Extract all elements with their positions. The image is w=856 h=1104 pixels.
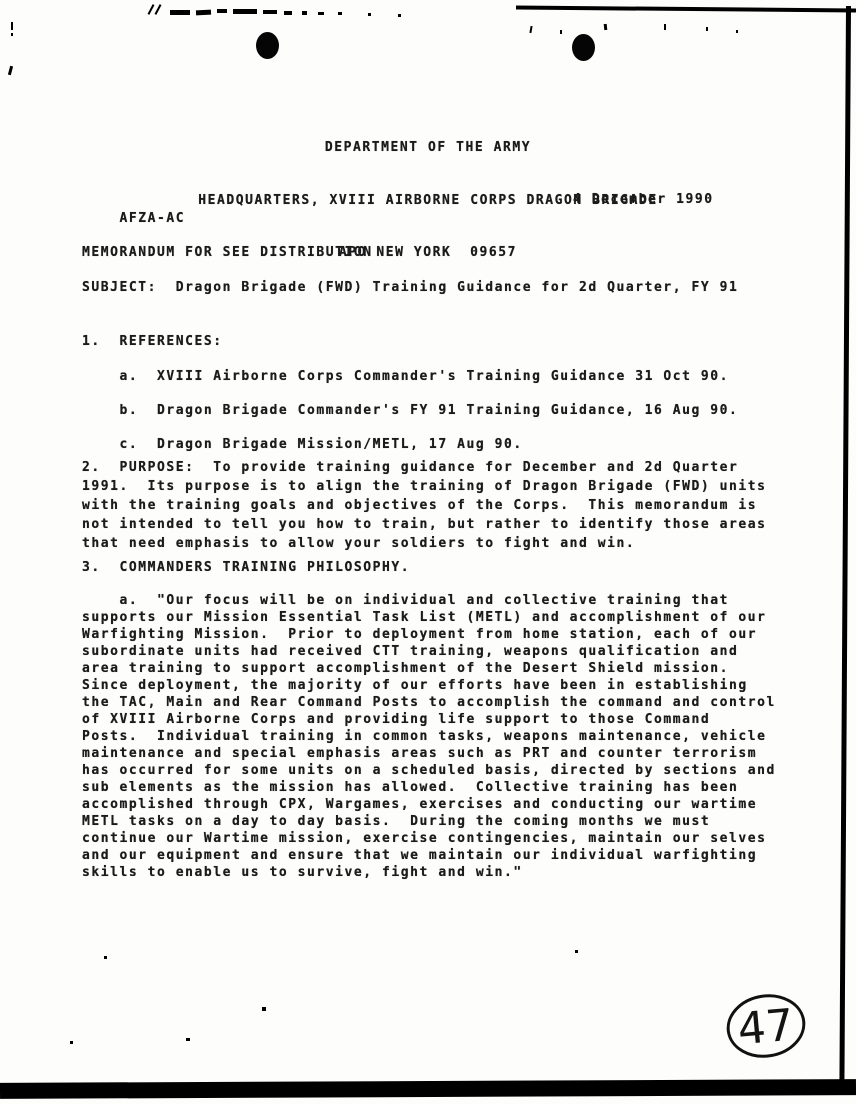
page-number-circle: 47 bbox=[712, 982, 822, 1072]
reference-item-a: a. XVIII Airborne Corps Commander's Trai… bbox=[82, 367, 802, 386]
hole-punch-right-icon bbox=[572, 34, 595, 61]
scan-smudge-mark bbox=[196, 10, 211, 16]
scan-smudge-mark bbox=[155, 4, 162, 15]
scan-smudge-mark bbox=[318, 12, 324, 15]
scan-smudge-mark bbox=[338, 12, 342, 15]
scan-smudge-mark bbox=[170, 10, 190, 15]
hole-punch-left-icon bbox=[256, 32, 279, 59]
scan-edge-line-bottom bbox=[0, 1079, 856, 1099]
scan-speck bbox=[575, 950, 578, 953]
letterhead-department-line: DEPARTMENT OF THE ARMY bbox=[0, 139, 856, 157]
reference-item-b: b. Dragon Brigade Commander's FY 91 Trai… bbox=[82, 401, 802, 420]
scan-edge-speck bbox=[11, 22, 13, 30]
memo-date: 4 December 1990 bbox=[573, 190, 714, 209]
scan-tick-mark bbox=[664, 24, 666, 30]
office-symbol: AFZA-AC bbox=[120, 211, 186, 226]
scan-smudge-mark bbox=[284, 11, 292, 15]
scan-tick-mark bbox=[560, 30, 562, 34]
scan-tick-mark bbox=[604, 24, 608, 30]
scan-edge-speck bbox=[11, 33, 13, 36]
handwritten-page-number: 47 bbox=[736, 1000, 796, 1056]
scan-smudge-mark bbox=[233, 9, 257, 14]
scan-smudge-mark bbox=[263, 10, 277, 14]
memorandum-for-line: MEMORANDUM FOR SEE DISTRIBUTION bbox=[82, 243, 802, 262]
scan-speck bbox=[262, 1007, 266, 1011]
scan-speck bbox=[186, 1038, 190, 1041]
scan-edge-speck bbox=[8, 66, 13, 75]
scan-tick-mark bbox=[529, 26, 532, 33]
scan-smudge-mark bbox=[302, 11, 307, 15]
scan-speck bbox=[104, 956, 107, 959]
scan-tick-mark bbox=[706, 27, 708, 31]
philosophy-paragraph-a: a. "Our focus will be on individual and … bbox=[82, 592, 802, 881]
subject-line: SUBJECT: Dragon Brigade (FWD) Training G… bbox=[82, 278, 802, 297]
scanned-memo-page: DEPARTMENT OF THE ARMY HEADQUARTERS, XVI… bbox=[0, 0, 856, 1104]
scan-tick-mark bbox=[736, 30, 738, 33]
purpose-paragraph: 2. PURPOSE: To provide training guidance… bbox=[82, 458, 802, 553]
references-heading: 1. REFERENCES: bbox=[82, 332, 802, 351]
scan-smudge-mark bbox=[217, 9, 227, 13]
scan-edge-line-top bbox=[516, 6, 856, 13]
scan-smudge-mark bbox=[368, 13, 371, 16]
philosophy-heading: 3. COMMANDERS TRAINING PHILOSOPHY. bbox=[82, 558, 802, 577]
reference-item-c: c. Dragon Brigade Mission/METL, 17 Aug 9… bbox=[82, 435, 802, 454]
scan-speck bbox=[70, 1041, 73, 1044]
scan-smudge-mark bbox=[398, 14, 401, 17]
